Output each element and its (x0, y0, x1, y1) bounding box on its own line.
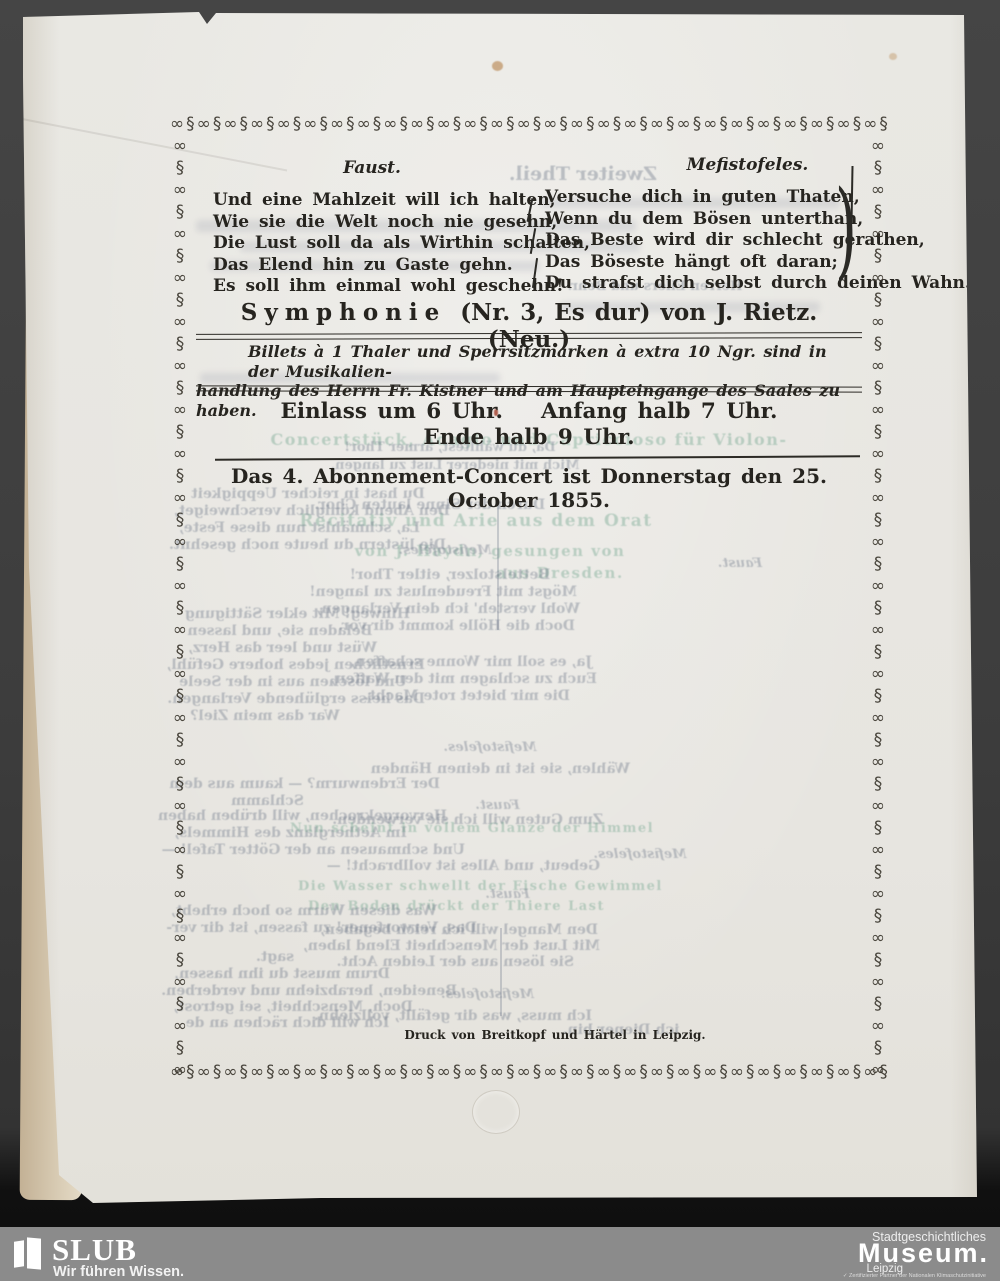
ghost-text-line: War das mein Ziel? (185, 708, 345, 724)
ghost-text-line: La, schmählst nun diese Feste, (188, 520, 420, 536)
ornament-border-bottom: ∞§∞§∞§∞§∞§∞§∞§∞§∞§∞§∞§∞§∞§∞§∞§∞§∞§∞§∞§∞§… (170, 1060, 888, 1084)
ghost-text-line: Beneiden, herabziehn und verderben. (185, 983, 457, 999)
ghost-text-line: Doch die Hölle kommt dir vor. (340, 618, 575, 634)
ghost-text-line: Im Aetherglanz des Himmels, (185, 825, 407, 841)
ghost-text-line: Wählen, sie ist in deinen Händen (375, 761, 630, 777)
ghost-text-line: Zweiter Theil. (527, 164, 657, 186)
ghost-text-line: Was diesen Wurm so hoch erhebt, (185, 903, 437, 919)
ghost-text-line: Und löschen aus in der Seele (185, 674, 407, 690)
paper-stain (492, 61, 503, 71)
ghost-text-line: Mögst mit Freudenlust zu langen! (332, 584, 577, 600)
ghost-text-line: Drum musst du ihn hassen, (185, 966, 390, 982)
verse-line: Das Böseste hängt oft daran; (545, 252, 971, 274)
page-surface: ∞§∞§∞§∞§∞§∞§∞§∞§∞§∞§∞§∞§∞§∞§∞§∞§∞§∞§∞§∞§… (0, 0, 1000, 1281)
ghost-text-line: Faust. (465, 799, 530, 814)
end-time-line: Ende halb 9 Uhr. (196, 425, 862, 450)
museum-certification: ✓ Zertifizierter Partner der Nationalen … (686, 1273, 986, 1279)
single-rule (215, 455, 860, 460)
ghost-text-line: Hervorgekrochen, will drüben haben (185, 808, 447, 824)
ghost-text-line: Faust. (705, 557, 775, 572)
ghost-text-line: Das heiss erglühende Verlangen. (185, 691, 425, 707)
right-brace: ) (835, 177, 857, 284)
ghost-text-line: Ich muss, was dir gefällt, vollziehn. (330, 1008, 592, 1024)
ghost-column-rule (497, 500, 499, 630)
admission-times-line: Einlass um 6 Uhr.Anfang halb 7 Uhr. (196, 399, 862, 424)
paper-stain (889, 53, 897, 60)
verse-line: Und eine Mahlzeit will ich halten, (213, 190, 590, 212)
ghost-text-line: Ernstlichen jedes hohere Gefühl, (185, 657, 425, 673)
slub-book-icon (14, 1238, 42, 1269)
ghost-text-line: Hinweg! Mit ekler Sättigung (185, 606, 410, 622)
ghost-text-line: sagt. (250, 949, 300, 965)
ghost-text-line: Gebeut, und Alles ist vollbracht! — (328, 858, 600, 874)
library-footer-bar: SLUB Wir führen Wissen. Stadtgeschichtli… (0, 1227, 1000, 1281)
slub-tagline: Wir führen Wissen. (53, 1264, 184, 1280)
ghost-text-line: Beladen sie, und lassen (185, 623, 375, 639)
ghost-text-line: Mefistofeles. (380, 544, 510, 559)
next-concert-announcement: Das 4. Abonnement-Concert ist Donnerstag… (196, 464, 862, 512)
einlass-time: Einlass um 6 Uhr. (280, 399, 503, 424)
tickets-notice-line1: Billets à 1 Thaler und Sperrsitzmarken à… (196, 342, 862, 381)
ghost-text-line: Schlamm (225, 793, 310, 809)
verse-line: Das Beste wird dir schlecht gerathen, (545, 230, 971, 252)
ghost-text-line: Die mir bietet rote Macht. (362, 688, 572, 704)
ghost-text-line: Bettelstolzer, eitler Thor! (345, 567, 555, 583)
ghost-text-line: Die Wasser schwellt der Fische Gewimmel (298, 880, 628, 895)
ghost-text-line: Euch zu schlagen mit den Waffen, (347, 671, 597, 687)
ghost-text-line: Mefistofeles. (425, 741, 555, 756)
ghost-text-line: Ja, es soll mir Wonne schaffen, (352, 654, 592, 670)
ghost-text-line: Den Boden drückt der Thiere Last (308, 900, 593, 915)
ghost-text-line: aus Dresden. (430, 565, 690, 582)
symphonie-word: Symphonie (241, 299, 451, 326)
ghost-text-line: Wohl versteh' ich dein Verlangen, (328, 601, 580, 617)
printer-imprint: Druck von Breitkopf und Härtel in Leipzi… (300, 1028, 810, 1042)
ghost-column-rule (500, 928, 502, 1016)
verse-line: Du strafst dich selbst durch deinen Wahn… (545, 273, 971, 295)
ghost-text-line: Den Mangel will ich reich begaben, (336, 922, 598, 938)
ghost-text-line: von J. Haydn, gesungen von (280, 543, 700, 560)
ornament-border-right: ∞§∞§∞§∞§∞§∞§∞§∞§∞§∞§∞§∞§∞§∞§∞§∞§∞§∞§∞§∞§… (866, 136, 890, 1084)
document-page: ∞§∞§∞§∞§∞§∞§∞§∞§∞§∞§∞§∞§∞§∞§∞§∞§∞§∞§∞§∞§… (21, 7, 979, 1205)
blind-stamp (472, 1090, 520, 1134)
ghost-text-line: Mefistofeles. (425, 988, 550, 1003)
ghost-text-line: Die lüstern du heute noch gesehnt. (188, 537, 446, 553)
ghost-text-line: Doch, Menschheit, sei getrost, (185, 999, 413, 1015)
ghost-text-line: Recitativ und Arie aus dem Orat (196, 512, 756, 532)
museum-wordmark: Museum. (689, 1238, 989, 1269)
mefistofeles-verse-block: Versuche dich in guten Thaten,Wenn du de… (545, 187, 971, 295)
ghost-text-line: Mit Lust der Menschheit Elend laben, (328, 938, 600, 954)
ghost-text-line: Sie lösen aus der Leiden Acht. (342, 954, 574, 970)
ornament-border-top: ∞§∞§∞§∞§∞§∞§∞§∞§∞§∞§∞§∞§∞§∞§∞§∞§∞§∞§∞§∞§… (170, 112, 888, 136)
ghost-text-line: Faust. (475, 888, 540, 903)
slub-wordmark: SLUB (52, 1232, 137, 1268)
anfang-time: Anfang halb 7 Uhr. (541, 399, 778, 424)
ghost-text-line: Das, Verworfener! zu fassen, ist dir ver… (185, 920, 477, 936)
ghost-text-line: Zum Guten will ich sie verwenden. (345, 812, 603, 828)
faust-heading: Faust. (272, 158, 472, 178)
mefistofeles-heading: Mefistofeles. (640, 155, 855, 175)
ghost-text-line: Und schmausen an der Götter Tafel! — (185, 842, 465, 858)
ghost-text-line: Nun scheint in vollem Glanze der Himmel (290, 822, 620, 837)
ghost-text-line: Mefistofeles. (580, 848, 700, 863)
double-rule (196, 385, 862, 392)
ghost-text-line: Der Erdenwurm? — kaum aus dem (185, 776, 440, 792)
verse-line: Versuche dich in guten Thaten, (545, 187, 971, 209)
ornament-border-left: ∞§∞§∞§∞§∞§∞§∞§∞§∞§∞§∞§∞§∞§∞§∞§∞§∞§∞§∞§∞§… (168, 136, 192, 1084)
verse-line: Wenn du dem Bösen unterthan, (545, 209, 971, 231)
ghost-text-line: Wüst und leer das Herz, (185, 640, 380, 656)
